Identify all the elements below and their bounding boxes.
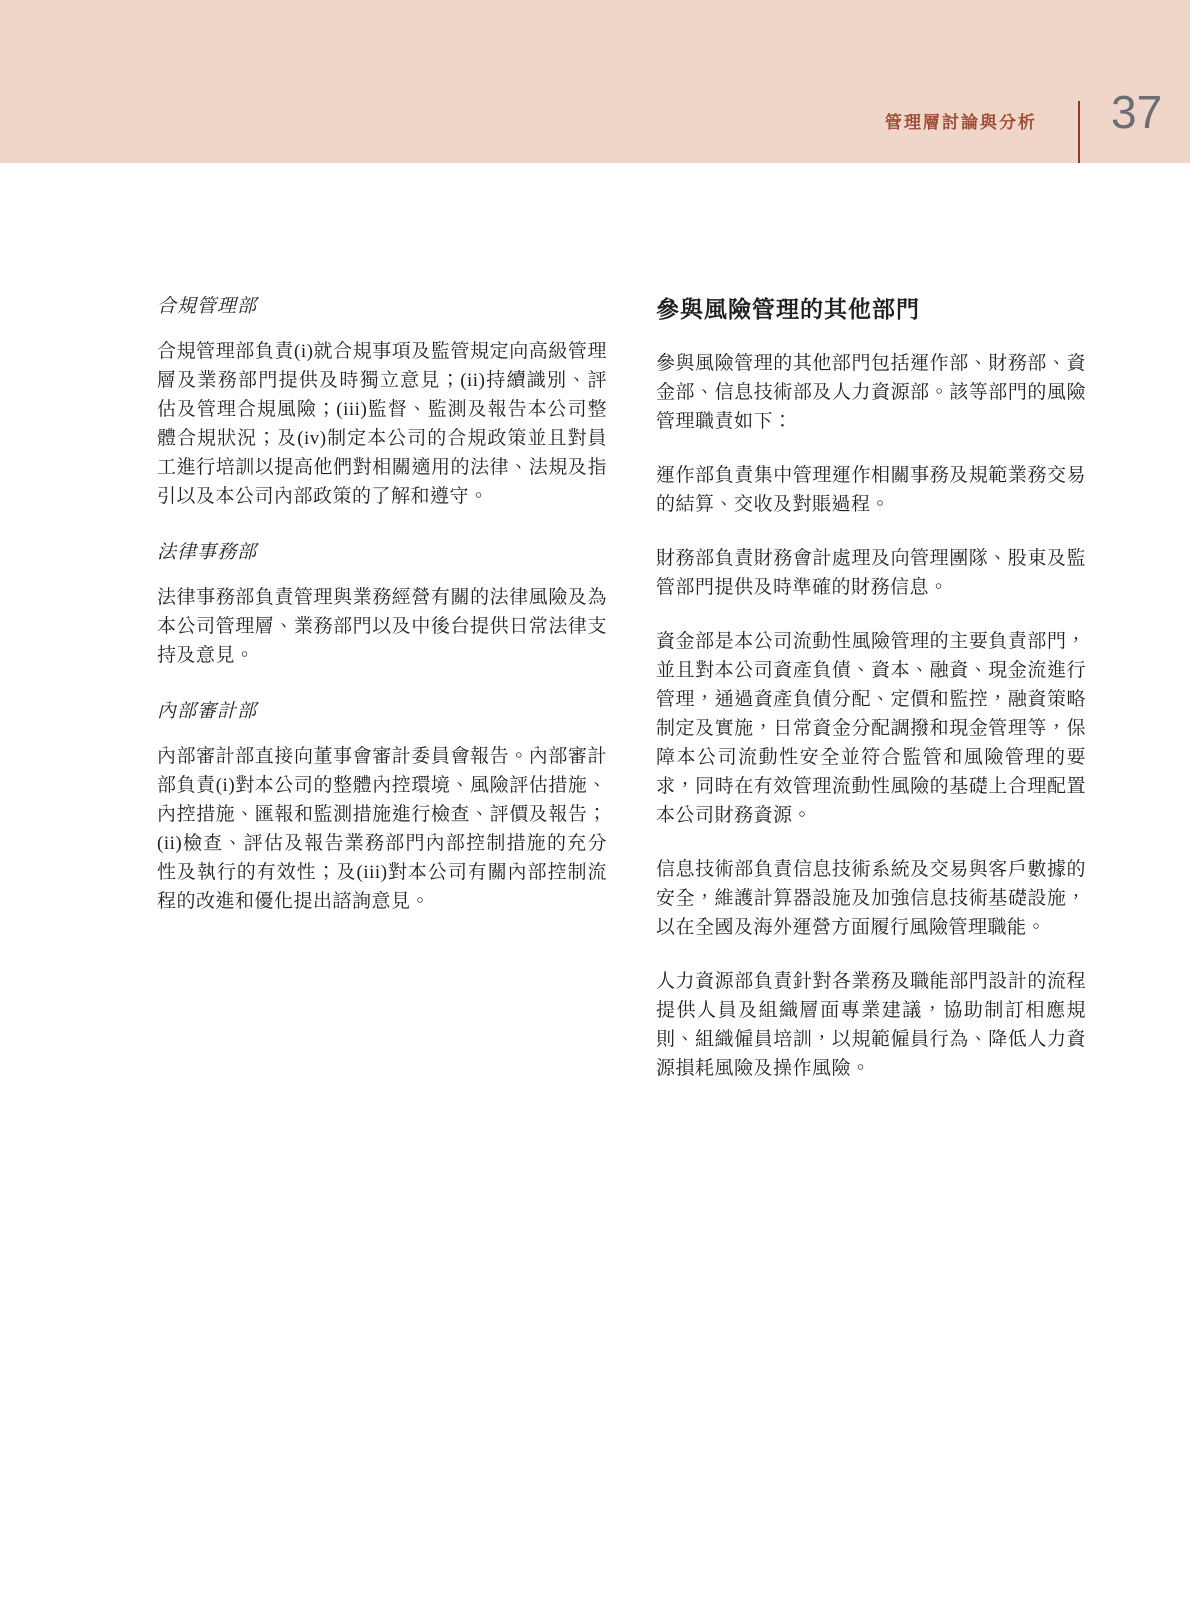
page-header-band: 管理層討論與分析 37 — [0, 0, 1190, 163]
section-heading-compliance: 合規管理部 — [157, 295, 607, 319]
left-column: 合規管理部 合規管理部負責(i)就合規事項及監管規定向高級管理層及業務部門提供及… — [157, 295, 607, 916]
section-body-internal-audit: 內部審計部直接向董事會審計委員會報告。內部審計部負責(i)對本公司的整體內控環境… — [157, 742, 607, 916]
right-column-heading: 參與風險管理的其他部門 — [656, 295, 1086, 325]
paragraph-finance: 財務部負責財務會計處理及向管理團隊、股東及監管部門提供及時準確的財務信息。 — [656, 544, 1086, 602]
section-heading-internal-audit: 內部審計部 — [157, 700, 607, 724]
paragraph-operations: 運作部負責集中管理運作相關事務及規範業務交易的結算、交收及對賬過程。 — [656, 461, 1086, 519]
header-section-title: 管理層討論與分析 — [885, 108, 1037, 133]
right-column: 參與風險管理的其他部門 參與風險管理的其他部門包括運作部、財務部、資金部、信息技… — [656, 295, 1086, 1083]
header-divider-rule — [1078, 101, 1080, 163]
section-heading-legal: 法律事務部 — [157, 541, 607, 565]
document-page: 管理層討論與分析 37 合規管理部 合規管理部負責(i)就合規事項及監管規定向高… — [0, 0, 1190, 1615]
paragraph-other-departments: 參與風險管理的其他部門包括運作部、財務部、資金部、信息技術部及人力資源部。該等部… — [656, 349, 1086, 436]
section-body-legal: 法律事務部負責管理與業務經營有關的法律風險及為本公司管理層、業務部門以及中後台提… — [157, 583, 607, 670]
paragraph-human-resources: 人力資源部負責針對各業務及職能部門設計的流程提供人員及組織層面專業建議，協助制訂… — [656, 967, 1086, 1083]
section-body-compliance: 合規管理部負責(i)就合規事項及監管規定向高級管理層及業務部門提供及時獨立意見；… — [157, 337, 607, 511]
paragraph-information-technology: 信息技術部負責信息技術系統及交易與客戶數據的安全，維護計算器設施及加強信息技術基… — [656, 855, 1086, 942]
paragraph-treasury: 資金部是本公司流動性風險管理的主要負責部門，並且對本公司資產負債、資本、融資、現… — [656, 627, 1086, 830]
page-number: 37 — [1111, 86, 1162, 138]
